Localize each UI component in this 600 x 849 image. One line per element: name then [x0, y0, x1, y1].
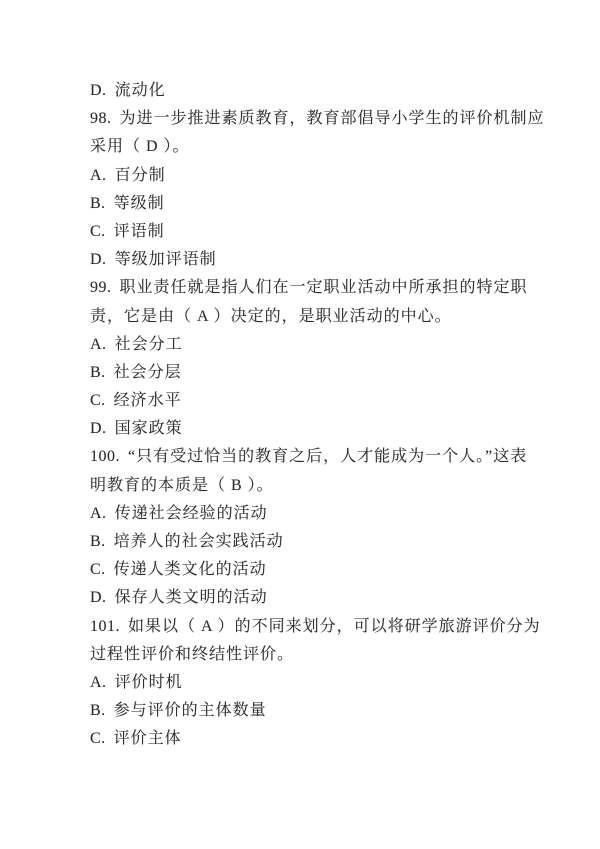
question-101-stem-line-1: 101.如果以（ A ）的不同来划分，可以将研学旅游评价分为	[90, 613, 595, 641]
question-stem-text: 过程性评价和终结性评价。	[90, 646, 294, 663]
question-99-stem-line-2: 责，它是由（ A ）决定的，是职业活动的中心。	[90, 303, 595, 331]
question-number: 101.	[90, 613, 120, 641]
option-text: 评价时机	[115, 674, 183, 691]
option-letter: B.	[90, 697, 106, 725]
question-101-option-b: B.参与评价的主体数量	[90, 697, 595, 725]
question-stem-text: 为进一步推进素质教育，教育部倡导小学生的评价机制应	[120, 110, 545, 127]
question-stem-text: 采用（ D ）。	[90, 138, 190, 155]
scanned-exam-page: D.流动化 98.为进一步推进素质教育，教育部倡导小学生的评价机制应 采用（ D…	[0, 0, 600, 849]
option-text: 百分制	[115, 167, 166, 184]
option-line-prev-d: D.流动化	[90, 77, 595, 105]
question-100-option-a: A.传递社会经验的活动	[90, 500, 595, 528]
question-stem-text: 如果以（ A ）的不同来划分，可以将研学旅游评价分为	[128, 618, 541, 635]
question-100-option-b: B.培养人的社会实践活动	[90, 528, 595, 556]
question-100-stem-line-2: 明教育的本质是（ B ）。	[90, 472, 595, 500]
question-number: 98.	[90, 105, 112, 133]
option-letter: B.	[90, 190, 106, 218]
question-99-option-d: D.国家政策	[90, 415, 595, 443]
question-stem-text: 职业责任就是指人们在一定职业活动中所承担的特定职	[120, 279, 528, 296]
option-text: 评语制	[114, 223, 165, 240]
question-98-option-d: D.等级加评语制	[90, 246, 595, 274]
option-text: 传递人类文化的活动	[114, 561, 267, 578]
option-text: 社会分工	[115, 336, 183, 353]
question-stem-text: “只有受过恰当的教育之后，人才能成为一个人。”这表	[128, 448, 527, 465]
option-letter: C.	[90, 556, 106, 584]
question-101-option-c: C.评价主体	[90, 725, 595, 753]
question-98-option-b: B.等级制	[90, 190, 595, 218]
question-stem-text: 责，它是由（ A ）决定的，是职业活动的中心。	[90, 308, 452, 325]
option-text: 经济水平	[114, 392, 182, 409]
question-100-option-d: D.保存人类文明的活动	[90, 584, 595, 612]
option-letter: B.	[90, 359, 106, 387]
question-99-stem-line-1: 99.职业责任就是指人们在一定职业活动中所承担的特定职	[90, 274, 595, 302]
option-text: 培养人的社会实践活动	[114, 533, 284, 550]
question-100-stem-line-1: 100.“只有受过恰当的教育之后，人才能成为一个人。”这表	[90, 443, 595, 471]
option-text: 国家政策	[115, 420, 183, 437]
question-99-option-c: C.经济水平	[90, 387, 595, 415]
option-letter: A.	[90, 669, 107, 697]
question-98-option-c: C.评语制	[90, 218, 595, 246]
question-100-option-c: C.传递人类文化的活动	[90, 556, 595, 584]
question-99-option-b: B.社会分层	[90, 359, 595, 387]
questions-text-block: D.流动化 98.为进一步推进素质教育，教育部倡导小学生的评价机制应 采用（ D…	[90, 77, 595, 754]
option-letter: C.	[90, 218, 106, 246]
option-letter: D.	[90, 584, 107, 612]
question-101-option-a: A.评价时机	[90, 669, 595, 697]
option-letter: A.	[90, 162, 107, 190]
option-text: 保存人类文明的活动	[115, 589, 268, 606]
question-98-option-a: A.百分制	[90, 162, 595, 190]
option-letter: D.	[90, 246, 107, 274]
question-99-option-a: A.社会分工	[90, 331, 595, 359]
option-letter: C.	[90, 725, 106, 753]
option-text: 流动化	[115, 82, 166, 99]
option-text: 传递社会经验的活动	[115, 505, 268, 522]
question-number: 100.	[90, 443, 120, 471]
option-text: 参与评价的主体数量	[114, 702, 267, 719]
option-letter: B.	[90, 528, 106, 556]
option-letter: C.	[90, 387, 106, 415]
option-letter: D.	[90, 415, 107, 443]
option-letter: D.	[90, 77, 107, 105]
option-letter: A.	[90, 331, 107, 359]
option-text: 社会分层	[114, 364, 182, 381]
question-98-stem-line-2: 采用（ D ）。	[90, 133, 595, 161]
option-text: 评价主体	[114, 730, 182, 747]
option-text: 等级制	[114, 195, 165, 212]
question-stem-text: 明教育的本质是（ B ）。	[90, 477, 274, 494]
option-letter: A.	[90, 500, 107, 528]
question-101-stem-line-2: 过程性评价和终结性评价。	[90, 641, 595, 669]
option-text: 等级加评语制	[115, 251, 217, 268]
question-number: 99.	[90, 274, 112, 302]
question-98-stem-line-1: 98.为进一步推进素质教育，教育部倡导小学生的评价机制应	[90, 105, 595, 133]
